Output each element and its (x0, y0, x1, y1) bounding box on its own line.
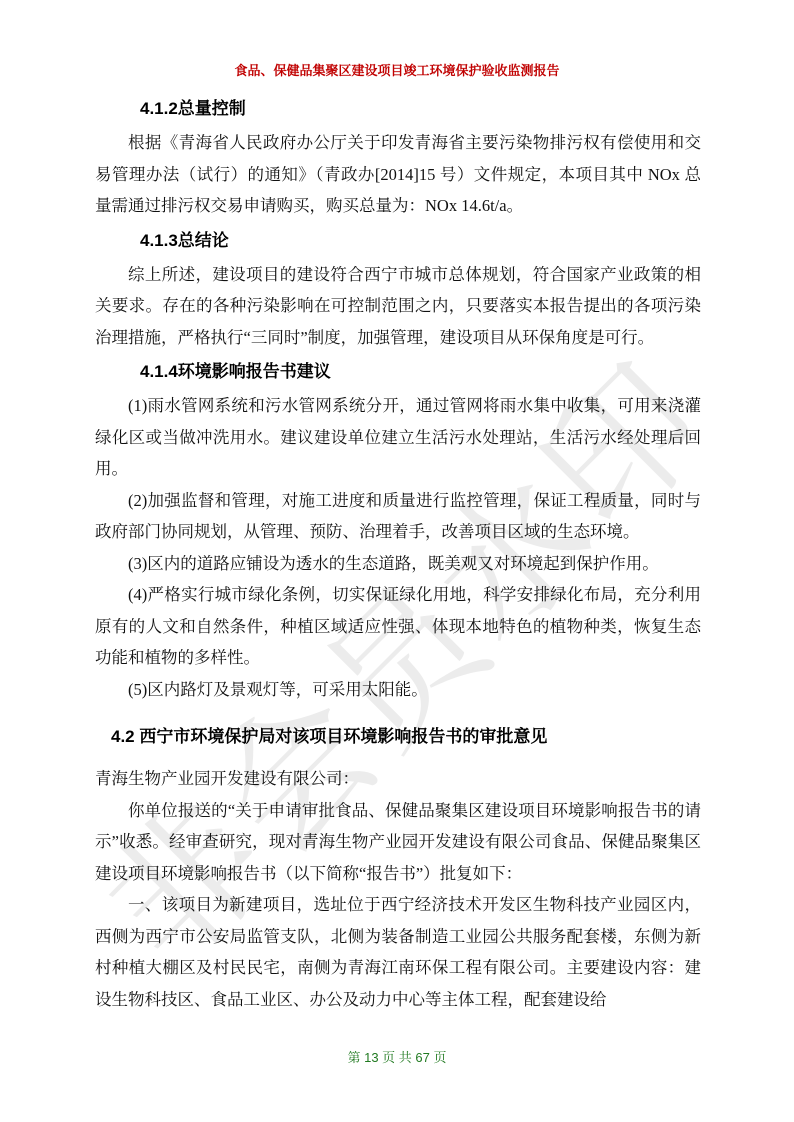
paragraph-approval-item-1: 一、该项目为新建项目，选址位于西宁经济技术开发区生物科技产业园区内，西侧为西宁市… (95, 889, 701, 1015)
paragraph-suggestion-4: (4)严格实行城市绿化条例，切实保证绿化用地，科学安排绿化布局，充分利用原有的人… (95, 579, 701, 674)
paragraph-suggestion-3: (3)区内的道路应铺设为透水的生态道路，既美观又对环境起到保护作用。 (95, 548, 701, 580)
document-body: 4.1.2总量控制 根据《青海省人民政府办公厅关于印发青海省主要污染物排污权有偿… (95, 90, 701, 1015)
section-heading-4-2: 4.2 西宁市环境保护局对该项目环境影响报告书的审批意见 (111, 722, 701, 752)
paragraph-suggestion-1: (1)雨水管网系统和污水管网系统分开，通过管网将雨水集中收集，可用来浇灌绿化区或… (95, 390, 701, 485)
document-page: 非会员水印 食品、保健品集聚区建设项目竣工环境保护验收监测报告 4.1.2总量控… (0, 0, 794, 1122)
paragraph-total-amount-control: 根据《青海省人民政府办公厅关于印发青海省主要污染物排污权有偿使用和交易管理办法（… (95, 127, 701, 222)
section-heading-4-1-4: 4.1.4环境影响报告书建议 (140, 357, 701, 387)
paragraph-addressee-company: 青海生物产业园开发建设有限公司： (95, 763, 701, 795)
page-number-footer: 第 13 页 共 67 页 (0, 1047, 794, 1066)
paragraph-general-conclusion: 综上所述，建设项目的建设符合西宁市城市总体规划，符合国家产业政策的相关要求。存在… (95, 259, 701, 354)
paragraph-suggestion-2: (2)加强监督和管理，对施工进度和质量进行监控管理，保证工程质量，同时与政府部门… (95, 485, 701, 548)
page-header-title: 食品、保健品集聚区建设项目竣工环境保护验收监测报告 (0, 60, 794, 79)
section-heading-4-1-2: 4.1.2总量控制 (140, 94, 701, 124)
paragraph-approval-intro: 你单位报送的“关于申请审批食品、保健品聚集区建设项目环境影响报告书的请示”收悉。… (95, 795, 701, 890)
section-heading-4-1-3: 4.1.3总结论 (140, 226, 701, 256)
paragraph-suggestion-5: (5)区内路灯及景观灯等，可采用太阳能。 (95, 674, 701, 706)
